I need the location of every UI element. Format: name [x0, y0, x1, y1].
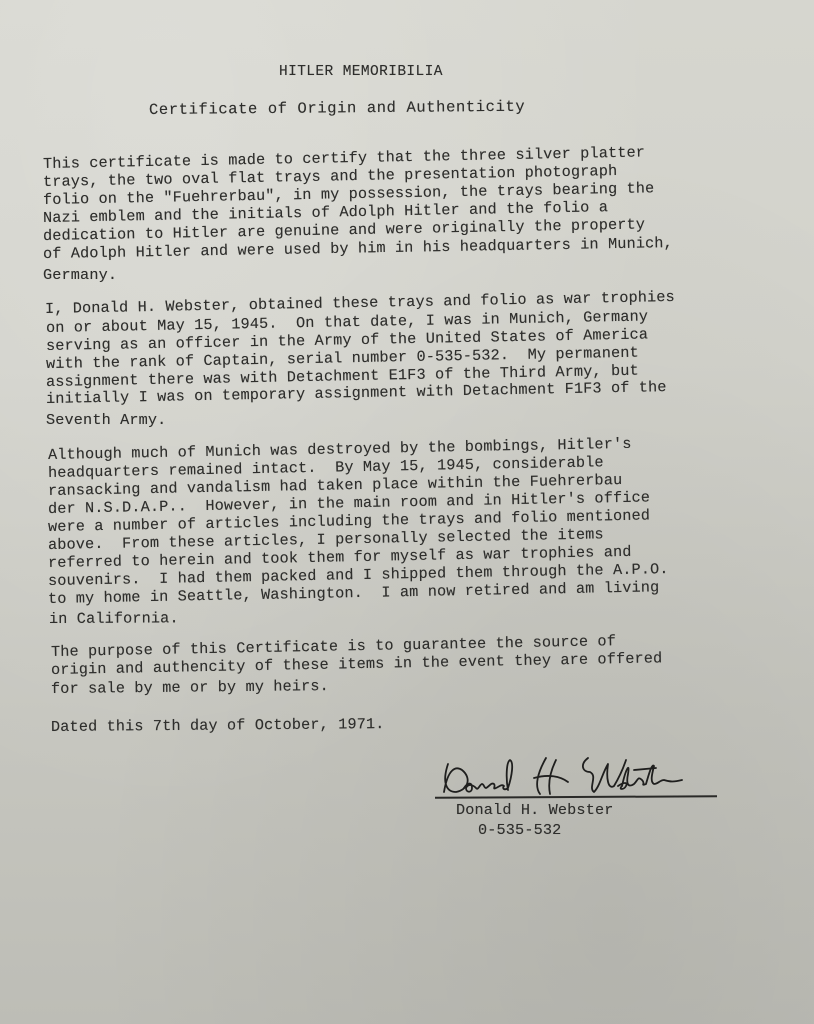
dated-line: Dated this 7th day of October, 1971. — [51, 715, 385, 736]
signatory-serial-number: 0-535-532 — [478, 821, 561, 839]
document-title: HITLER MEMORIBILIA — [279, 64, 443, 80]
document-subtitle: Certificate of Origin and Authenticity — [149, 98, 525, 119]
typed-signatory-name: Donald H. Webster — [456, 801, 614, 819]
paragraph-line: Seventh Army. — [46, 411, 166, 429]
paragraph-line: Germany. — [43, 266, 117, 284]
paragraph-line: in California. — [49, 609, 179, 628]
handwritten-signature — [438, 752, 708, 800]
paragraph-line: for sale by me or by my heirs. — [51, 677, 329, 698]
